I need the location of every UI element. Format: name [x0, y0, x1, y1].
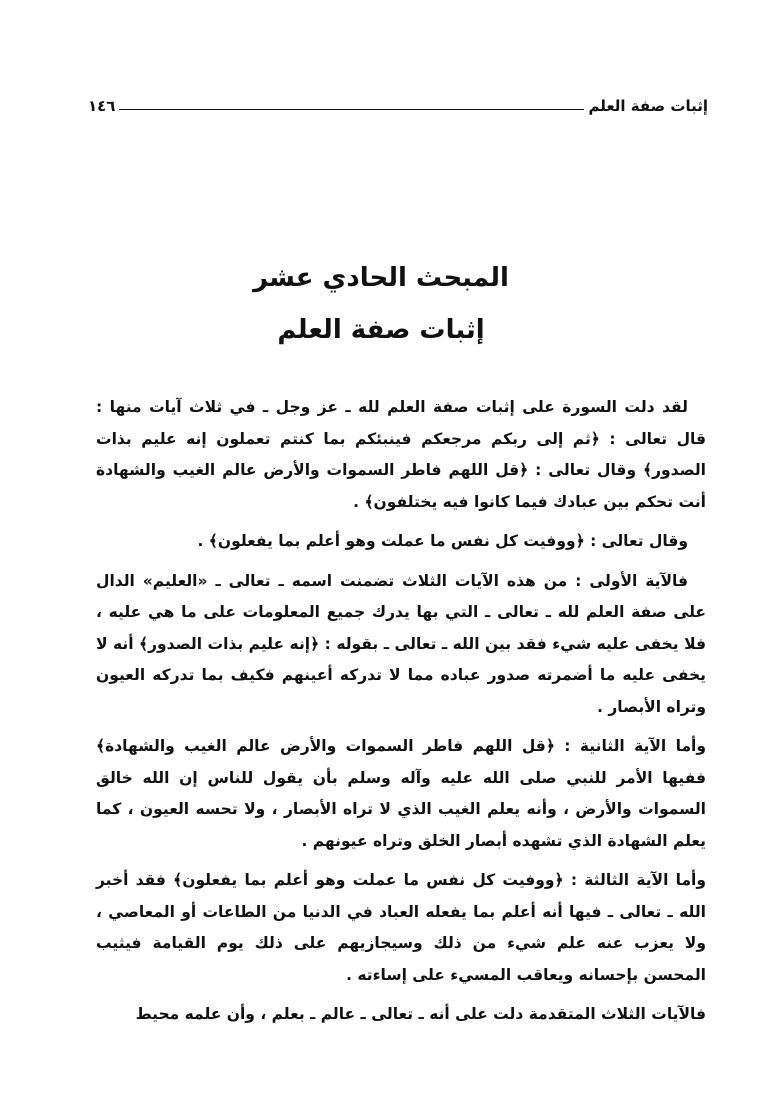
header-rule	[119, 109, 584, 110]
page-number: ١٤٦	[88, 99, 119, 114]
paragraph: فالآية الأولى : من هذه الآيات الثلاث تضم…	[96, 566, 706, 724]
body-text: لقد دلت السورة على إثبات صفة العلم لله ـ…	[96, 392, 706, 1039]
running-header: إثبات صفة العلم ١٤٦	[88, 88, 708, 114]
chapter-title: المبحث الحادي عشر	[0, 258, 762, 298]
paragraph: فالآيات الثلاث المتقدمة دلت على أنه ـ تع…	[96, 999, 706, 1031]
section-title: إثبات صفة العلم	[0, 310, 762, 350]
paragraph: وأما الآية الثالثة : ﴿ووفيت كل نفس ما عم…	[96, 865, 706, 991]
book-page: إثبات صفة العلم ١٤٦ المبحث الحادي عشر إث…	[0, 0, 762, 1108]
paragraph: لقد دلت السورة على إثبات صفة العلم لله ـ…	[96, 392, 706, 518]
paragraph: وقال تعالى : ﴿ووفيت كل نفس ما عملت وهو أ…	[96, 526, 706, 558]
paragraph: وأما الآية الثانية : ﴿قل اللهم فاطر السم…	[96, 731, 706, 857]
running-title: إثبات صفة العلم	[584, 99, 708, 114]
